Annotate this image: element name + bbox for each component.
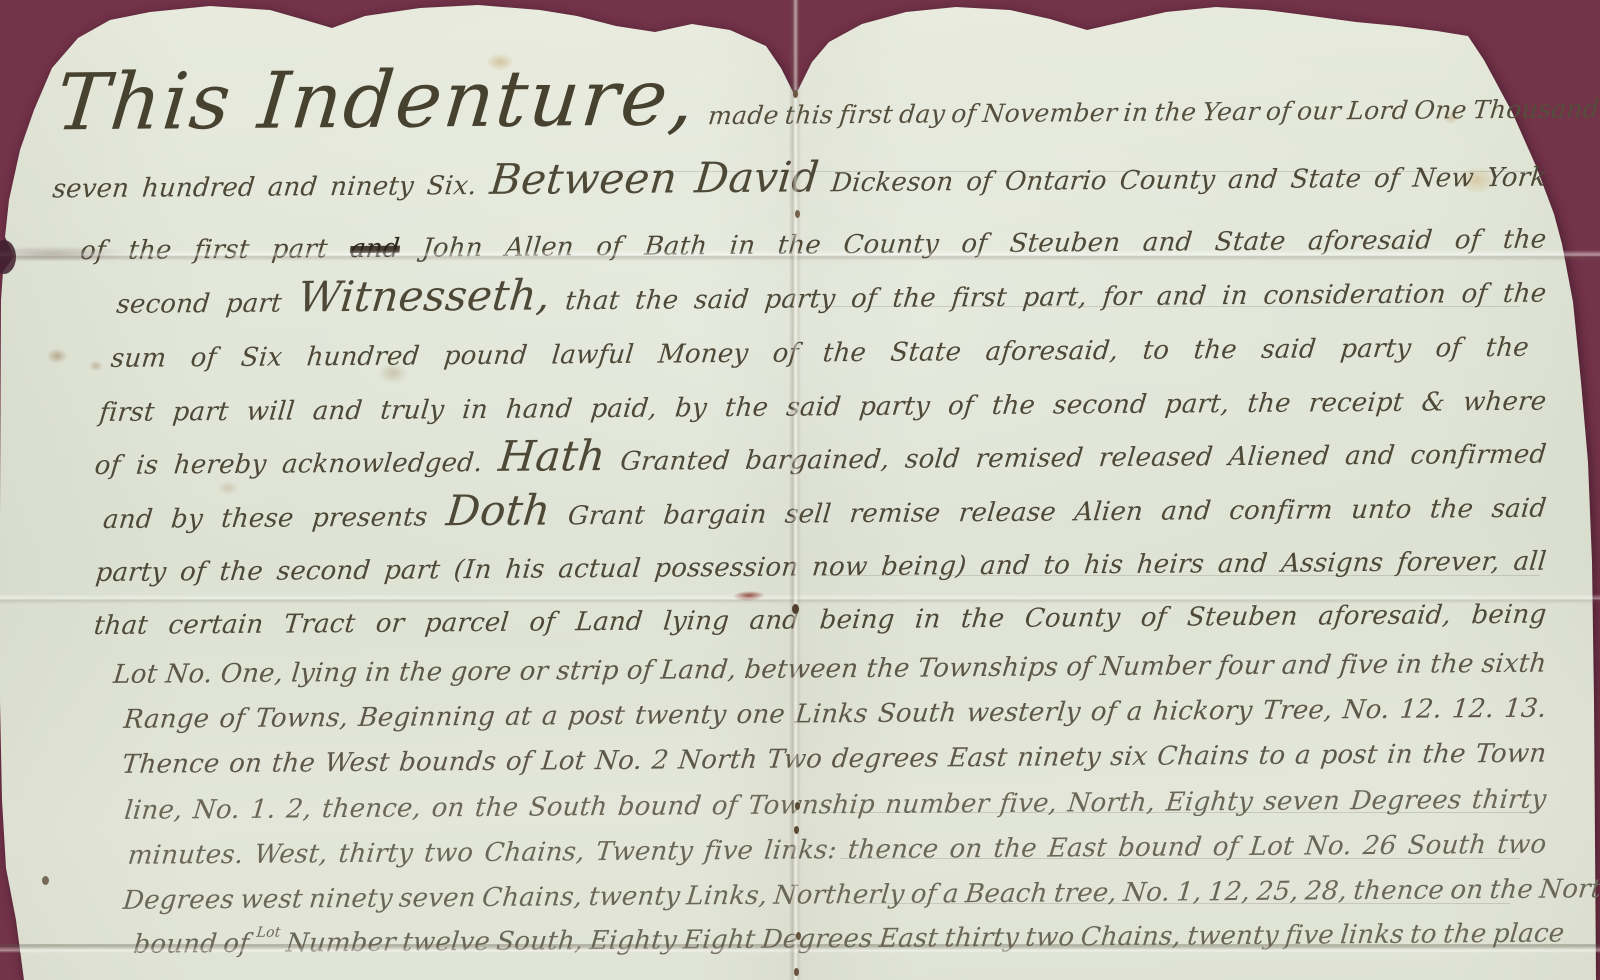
text-segment: Range of Towns, Beginning at a post twen… [122,694,1547,735]
text-segment: minutes. West, thirty two Chains, Twenty… [126,830,1547,871]
indenture-heading: This Indenture, made this first day of N… [52,46,1600,148]
manuscript-line-4: sum of Six hundred pound lawful Money of… [109,331,1531,380]
text-segment: and by these presents [102,502,448,535]
manuscript-line-8: party of the second part (In his actual … [94,545,1548,594]
photographed-document: This Indenture, made this first day of N… [0,0,1600,980]
emphasized-word: Between David [488,152,821,204]
text-segment: Thence on the West bounds of Lot No. 2 N… [121,739,1548,780]
text-segment: of is hereby acknowledged. [93,448,499,481]
manuscript-line-15: Degrees west ninety seven Chains, twenty… [121,872,1600,922]
text-segment: seven hundred and ninety Six. [51,171,491,204]
manuscript-line-12: Thence on the West bounds of Lot No. 2 N… [120,737,1548,786]
manuscript-line-13: line, No. 1. 2, thence, on the South bou… [122,783,1548,832]
manuscript-line-3: second part Witnesseth, that the said pa… [114,277,1548,326]
manuscript-line-11: Range of Towns, Beginning at a post twen… [122,692,1548,741]
text-segment: Dickeson of Ontario County and State of … [817,163,1548,199]
manuscript-line-14: minutes. West, thirty two Chains, Twenty… [126,828,1548,877]
manuscript-line-7: and by these presents Doth Grant bargain… [101,492,1548,541]
text-segment: party of the second part (In his actual … [94,547,1548,588]
manuscript-line-2: of the first part and John Allen of Bath… [78,223,1548,273]
fold-wear-specks [793,90,798,98]
manuscript-line-9: that certain Tract or parcel of Land lyi… [92,598,1548,647]
inserted-word: Lot [256,925,282,941]
heading-continuation-text: made this first day of November in the Y… [707,94,1600,130]
emphasized-word: Hath [496,431,607,481]
edge-stain-speck [42,876,49,885]
heading-calligraphic-text: This Indenture, [52,53,700,148]
text-segment: Degrees west ninety seven Chains, twenty… [122,874,1600,916]
manuscript-line-16: bound of Lot Number twelve South, Eighty… [132,916,1566,965]
crease-shadow-patch [0,244,175,264]
text-segment: that certain Tract or parcel of Land lyi… [93,600,1548,641]
emphasized-word: Doth [444,485,552,535]
text-segment: sum of Six hundred pound lawful Money of… [109,333,1530,374]
manuscript-line-6: of is hereby acknowledged. Hath Granted … [93,438,1548,487]
vertical-fold-crease [789,0,801,980]
emphasized-word: Witnesseth, [296,270,553,321]
text-segment: that the said party of the first part, f… [548,279,1548,317]
text-segment: Granted bargained, sold remised released… [603,440,1548,477]
text-segment: Lot No. One, lying in the gore or strip … [112,649,1548,690]
text-segment: Grant bargain sell remise release Alien … [548,494,1548,532]
manuscript-line-10: Lot No. One, lying in the gore or strip … [111,647,1548,696]
manuscript-line-5: first part will and truly in hand paid, … [97,385,1548,434]
text-segment: first part will and truly in hand paid, … [98,387,1548,428]
text-segment: line, No. 1. 2, thence, on the South bou… [123,785,1548,826]
text-segment: second part [115,288,299,319]
